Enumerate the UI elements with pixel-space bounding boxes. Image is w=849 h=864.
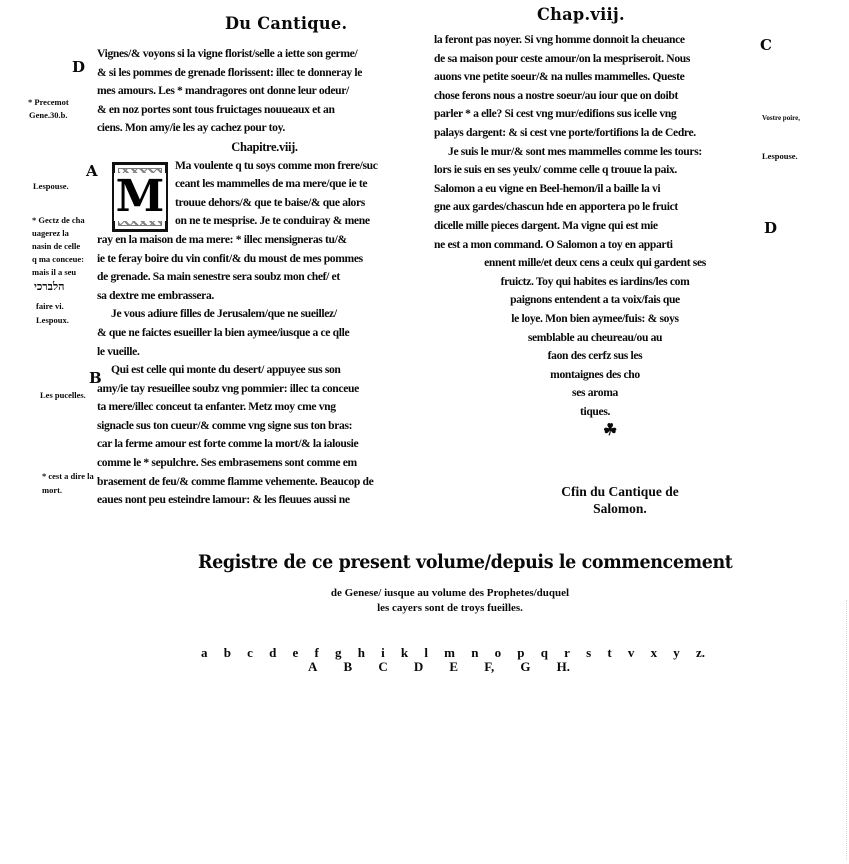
signature-letter: F,	[484, 659, 494, 675]
margin-note: q ma conceue:	[32, 253, 84, 266]
section-letter: D	[72, 58, 85, 76]
text-line: ennent mille/et deux cens a ceulx qui ga…	[434, 254, 756, 273]
text-line: eaues nont peu esteindre lamour: & les f…	[97, 491, 432, 510]
section-letter: A	[86, 162, 98, 180]
margin-note-hebrew: הלברכי	[34, 281, 64, 294]
section-letter: C	[760, 36, 772, 54]
text-line: ses aroma	[434, 384, 756, 403]
margin-note: Gene.30.b.	[29, 109, 68, 122]
text-line: auons vne petite soeur/& na nulles mamme…	[434, 68, 756, 87]
text-line: faon des cerfz sus les	[434, 347, 756, 366]
text-line: le loye. Mon bien aymee/fuis: & soys	[434, 310, 756, 329]
scan-edge-artifact	[845, 600, 847, 860]
signature-letter: a	[201, 645, 208, 661]
text-line: ta mere/illec conceut ta enfanter. Metz …	[97, 398, 432, 417]
text-line: parler * a elle? Si cest vng mur/edifion…	[434, 105, 756, 124]
text-line: car la ferme amour est forte comme la mo…	[97, 435, 432, 454]
text-line: tiques.	[434, 403, 756, 422]
explicit-line: Salomon.	[520, 500, 720, 518]
text-line: chose ferons nous a nostre soeur/au iour…	[434, 87, 756, 106]
signature-letter: B	[344, 659, 353, 675]
register-subtitle: les cayers sont de troys fueilles.	[190, 602, 710, 614]
text-line: la feront pas noyer. Si vng homme donnoi…	[434, 31, 756, 50]
section-letter: B	[89, 369, 102, 387]
margin-note: * Gectz de cha	[32, 214, 85, 227]
signature-letter: A	[308, 659, 317, 675]
text-line: ray en la maison de ma mere: * illec men…	[97, 231, 432, 250]
text-line: paignons entendent a ta voix/fais que	[434, 291, 756, 310]
text-line: Salomon a eu vigne en Beel-hemon/il a ba…	[434, 180, 756, 199]
text-line: le vueille.	[97, 343, 432, 362]
margin-note: Lespoux.	[36, 314, 69, 327]
text-line: semblable au cheureau/ou au	[434, 329, 756, 348]
signature-letter: e	[293, 645, 299, 661]
register-title: Registre de ce present volume/depuis le …	[198, 551, 658, 573]
signature-letter: E	[449, 659, 458, 675]
signature-letter: z.	[696, 645, 705, 661]
signature-letter: y	[673, 645, 680, 661]
margin-note: Les pucelles.	[40, 389, 86, 402]
margin-note: * cest a dire la	[42, 470, 94, 483]
margin-note: mais il a seu	[32, 266, 76, 279]
text-line: & que ne faictes esueiller la bien aymee…	[97, 324, 432, 343]
text-line: Vignes/& voyons si la vigne florist/sell…	[97, 45, 432, 64]
margin-note: Vostre poire,	[762, 112, 800, 125]
text-line: palays dargent: & si cest vne porte/fort…	[434, 124, 756, 143]
text-line: gne aux gardes/chascun hde en apportera …	[434, 198, 756, 217]
text-line: ne est a mon command. O Salomon a toy en…	[434, 236, 756, 255]
signature-letter: d	[269, 645, 276, 661]
text-line: comme le * sepulchre. Ses embrasemens so…	[97, 454, 432, 473]
fleuron-ornament-icon: ☘	[603, 420, 617, 439]
margin-note: mort.	[42, 484, 62, 497]
margin-note: uagerez la	[32, 227, 69, 240]
signature-letter: G	[520, 659, 530, 675]
text-line: sa dextre me embrassera.	[97, 287, 432, 306]
register-subtitle: de Genese/ iusque au volume des Prophete…	[190, 587, 710, 599]
section-letter: D	[764, 219, 777, 237]
margin-note: nasin de celle	[32, 240, 80, 253]
text-line: Qui est celle qui monte du desert/ appuy…	[97, 361, 432, 380]
text-line: signacle sus ton cueur/& comme vng signe…	[97, 417, 432, 436]
text-line: Je suis le mur/& sont mes mammelles comm…	[434, 143, 756, 162]
text-line: & en noz portes sont tous fruictages nou…	[97, 101, 432, 120]
running-head-left: Du Cantique.	[225, 14, 347, 34]
text-line: ciens. Mon amy/ie les ay cachez pour toy…	[97, 119, 432, 138]
text-line: de sa maison pour ceste amour/on la mesp…	[434, 50, 756, 69]
text-line: dicelle mille pieces dargent. Ma vigne q…	[434, 217, 756, 236]
margin-note: * Precemot	[28, 96, 69, 109]
text-line: lors ie suis en ses yeulx/ comme celle q…	[434, 161, 756, 180]
book-page: Du Cantique. Chap.viij. Vignes/& voyons …	[0, 0, 849, 864]
text-line: montaignes des cho	[434, 366, 756, 385]
signature-letter: D	[414, 659, 423, 675]
signature-letter: C	[378, 659, 387, 675]
margin-note: Lespouse.	[33, 180, 69, 193]
signature-letter: t	[607, 645, 611, 661]
chapter-heading: Chapitre.viij.	[97, 138, 432, 157]
signature-letter: v	[628, 645, 635, 661]
signature-letter: c	[247, 645, 253, 661]
running-head-right: Chap.viij.	[537, 5, 625, 25]
initial-letter: M	[114, 173, 167, 221]
right-column: la feront pas noyer. Si vng homme donnoi…	[434, 31, 756, 421]
text-line: & si les pommes de grenade florissent: i…	[97, 64, 432, 83]
text-line: amy/ie tay resueillee soubz vng pommier:…	[97, 380, 432, 399]
explicit-line: Cfin du Cantique de	[520, 483, 720, 501]
text-line: ie te feray boire du vin confit/& du mou…	[97, 250, 432, 269]
text-line: fruictz. Toy qui habites es iardins/les …	[434, 273, 756, 292]
text-line: mes amours. Les * mandragores ont donne …	[97, 82, 432, 101]
signature-letter: H.	[557, 659, 570, 675]
uppercase-signature-list: A B C D E F, G H.	[308, 659, 570, 675]
text-line: Je vous adiure filles de Jerusalem/que n…	[97, 305, 432, 324]
text-line: de grenade. Sa main senestre sera soubz …	[97, 268, 432, 287]
signature-letter: b	[224, 645, 231, 661]
margin-note: faire vi.	[36, 300, 64, 313]
margin-note: Lespouse.	[762, 150, 798, 163]
signature-letter: s	[586, 645, 591, 661]
signature-letter: x	[651, 645, 658, 661]
decorated-initial: M	[112, 162, 168, 232]
text-line: brasement de feu/& comme flamme vehement…	[97, 473, 432, 492]
left-column: Vignes/& voyons si la vigne florist/sell…	[97, 45, 432, 510]
